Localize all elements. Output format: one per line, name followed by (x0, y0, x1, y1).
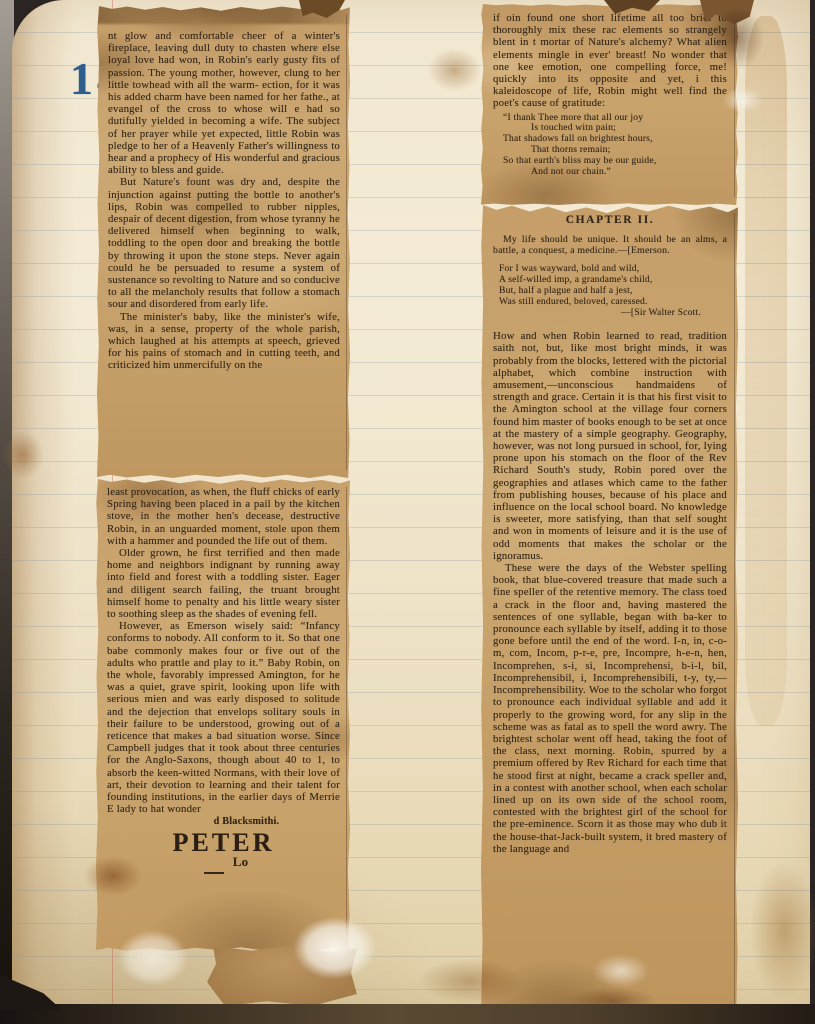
clipping-fragment-line: d Blacksmithi. (107, 816, 340, 828)
clipping-paragraph: However, as Emerson wisely said: “Infanc… (107, 620, 340, 815)
poem-line: For I was wayward, bold and wild, (499, 263, 727, 274)
page-stain (745, 16, 787, 726)
newspaper-clipping-left-bottom: least provocation, as when, the fluff ch… (96, 479, 350, 951)
clipping-paragraph: The minister's baby, like the minister's… (108, 311, 340, 372)
newspaper-clipping-right-chapter: CHAPTER II. My life should be unique. It… (481, 205, 738, 1015)
scrapbook-page: 142 G nt glow and comfortable cheer of a… (12, 0, 810, 1004)
poem-line: A self-willed imp, a grandame's child, (499, 274, 727, 285)
torn-paper-remnant (207, 946, 357, 1006)
quoted-poem: “I thank Thee more that all our joy Is t… (493, 113, 727, 178)
headline-dash (204, 872, 224, 875)
clipping-paragraph: Older grown, he first terrified and then… (107, 547, 340, 620)
headline-fragment: PETER (107, 831, 340, 855)
clipping-paragraph: How and when Robin learned to read, trad… (493, 330, 727, 562)
headline-subfragment: Lo (107, 855, 340, 869)
poem-line: And not our chain.” (493, 167, 727, 178)
poem-line: But, half a plague and half a jest, (499, 285, 727, 296)
poem-line: So that earth's bliss may be our guide, (493, 156, 727, 167)
clipping-paragraph: nt glow and comfortable cheer of a winte… (108, 30, 340, 176)
newspaper-clipping-right-top: if oin found one short lifetime all too … (481, 4, 738, 205)
chapter-epigraph: My life should be unique. It should be a… (493, 234, 727, 256)
chapter-heading: CHAPTER II. (493, 214, 727, 226)
clipping-paragraph: But Nature's fount was dry and, despite … (108, 176, 340, 310)
scrapbook-photo: 142 G nt glow and comfortable cheer of a… (0, 0, 815, 1024)
page-stain (417, 40, 492, 100)
clipping-paragraph: if oin found one short lifetime all too … (493, 12, 727, 110)
newspaper-clipping-left-top: nt glow and comfortable cheer of a winte… (97, 6, 350, 478)
clipping-paragraph: least provocation, as when, the fluff ch… (107, 486, 340, 547)
page-stain (738, 838, 815, 1023)
chapter-epigraph-poem: For I was wayward, bold and wild, A self… (499, 263, 727, 318)
book-bottom-edge (0, 1004, 815, 1024)
poem-attribution: —[Sir Walter Scott. (499, 307, 727, 318)
poem-line: Was still endured, beloved, caressed. (499, 296, 727, 307)
poem-line: That shadows fall on brightest hours, (493, 134, 727, 145)
clipping-paragraph: These were the days of the Webster spell… (493, 562, 727, 855)
